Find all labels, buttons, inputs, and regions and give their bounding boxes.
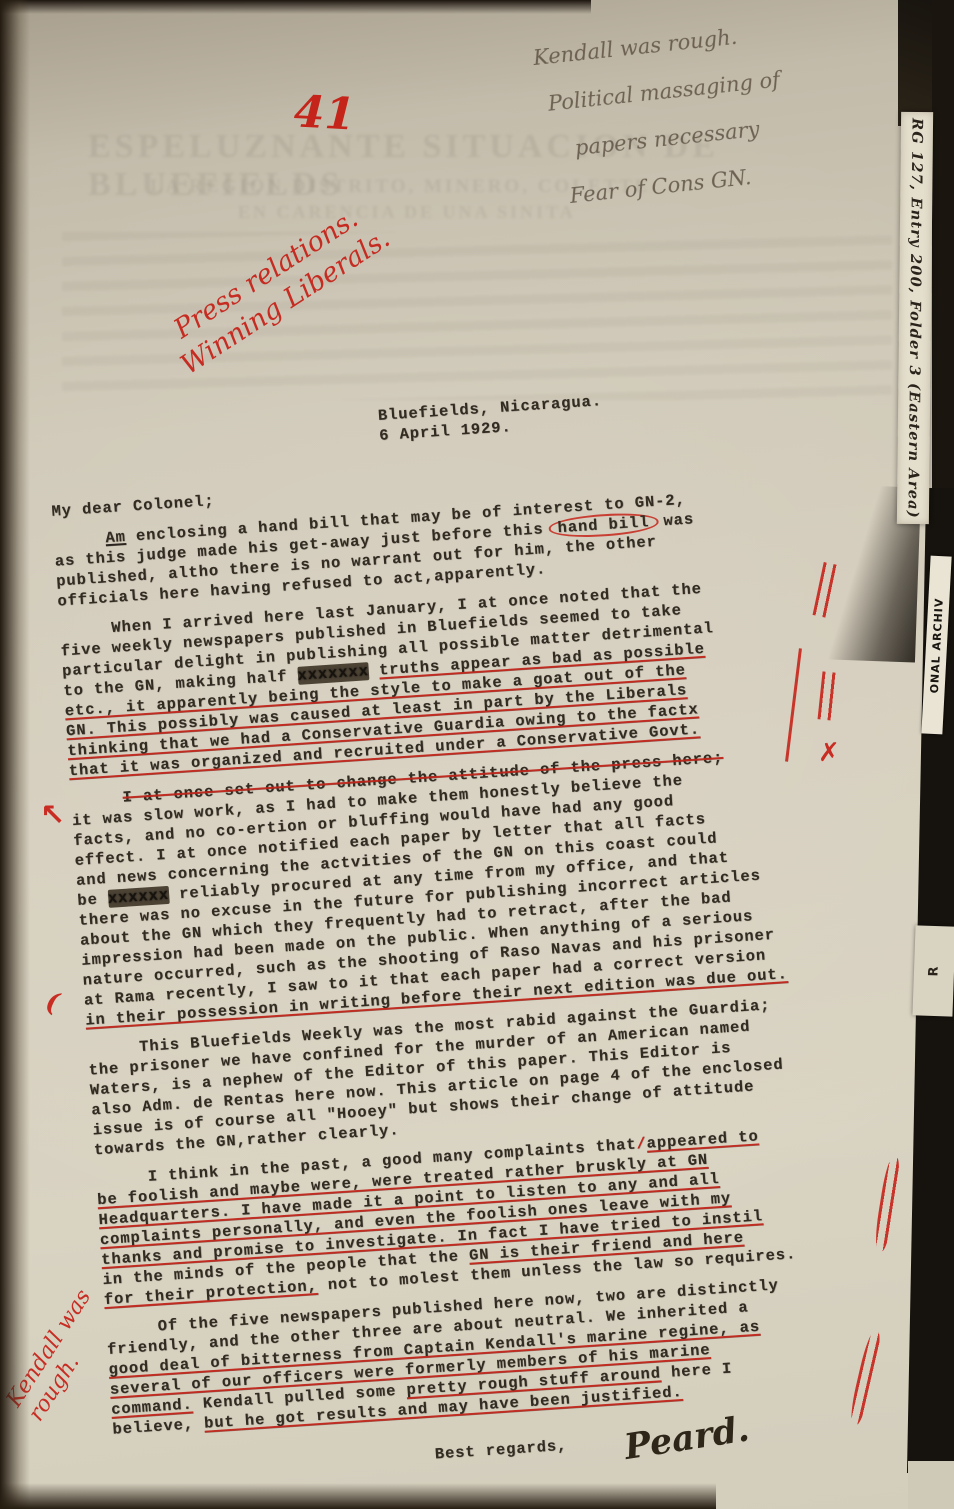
handwritten-page-number: 41: [293, 86, 357, 140]
typed-letter-body: Bluefields, Nicaragua. 6 April 1929. My …: [46, 376, 895, 1488]
film-strip-tab-text: R: [926, 966, 941, 977]
scanned-letter-photo: ESPELUZNANTE SITUACION DE BLUEFIELDS LA …: [0, 0, 954, 1509]
red-margin-mark: [40, 798, 65, 833]
archival-reference-strip: RG 127, Entry 200, Folder 3 (Eastern Are…: [897, 112, 933, 524]
letter-closing: Best regards,: [434, 1437, 568, 1464]
letter-paragraphs: Am enclosing a hand bill that may be of …: [53, 480, 892, 1440]
pencil-notes: Kendall was rough. Political massaging o…: [531, 10, 792, 222]
letter-segment: here I: [660, 1360, 732, 1383]
letter-segment: be: [77, 890, 109, 910]
letter-segment: was: [653, 510, 695, 531]
film-strip-tab: R: [912, 925, 954, 1016]
photo-edge-bottom: [0, 1483, 716, 1509]
archival-reference-text: RG 127, Entry 200, Folder 3 (Eastern Are…: [904, 117, 925, 518]
red-margin-mark: [818, 738, 840, 768]
photo-edge-top: [0, 0, 591, 14]
photo-corner-bottom-right: [908, 1461, 954, 1509]
letter-segment: believe,: [112, 1415, 205, 1439]
letter-paragraph: I at once set out to change the attitude…: [70, 740, 864, 1031]
photo-edge-right: [932, 0, 954, 530]
photo-edge-left: [0, 0, 30, 1509]
letter-segment-u: Am: [105, 528, 127, 547]
film-strip-label-text: ONAL ARCHIV: [928, 597, 946, 693]
